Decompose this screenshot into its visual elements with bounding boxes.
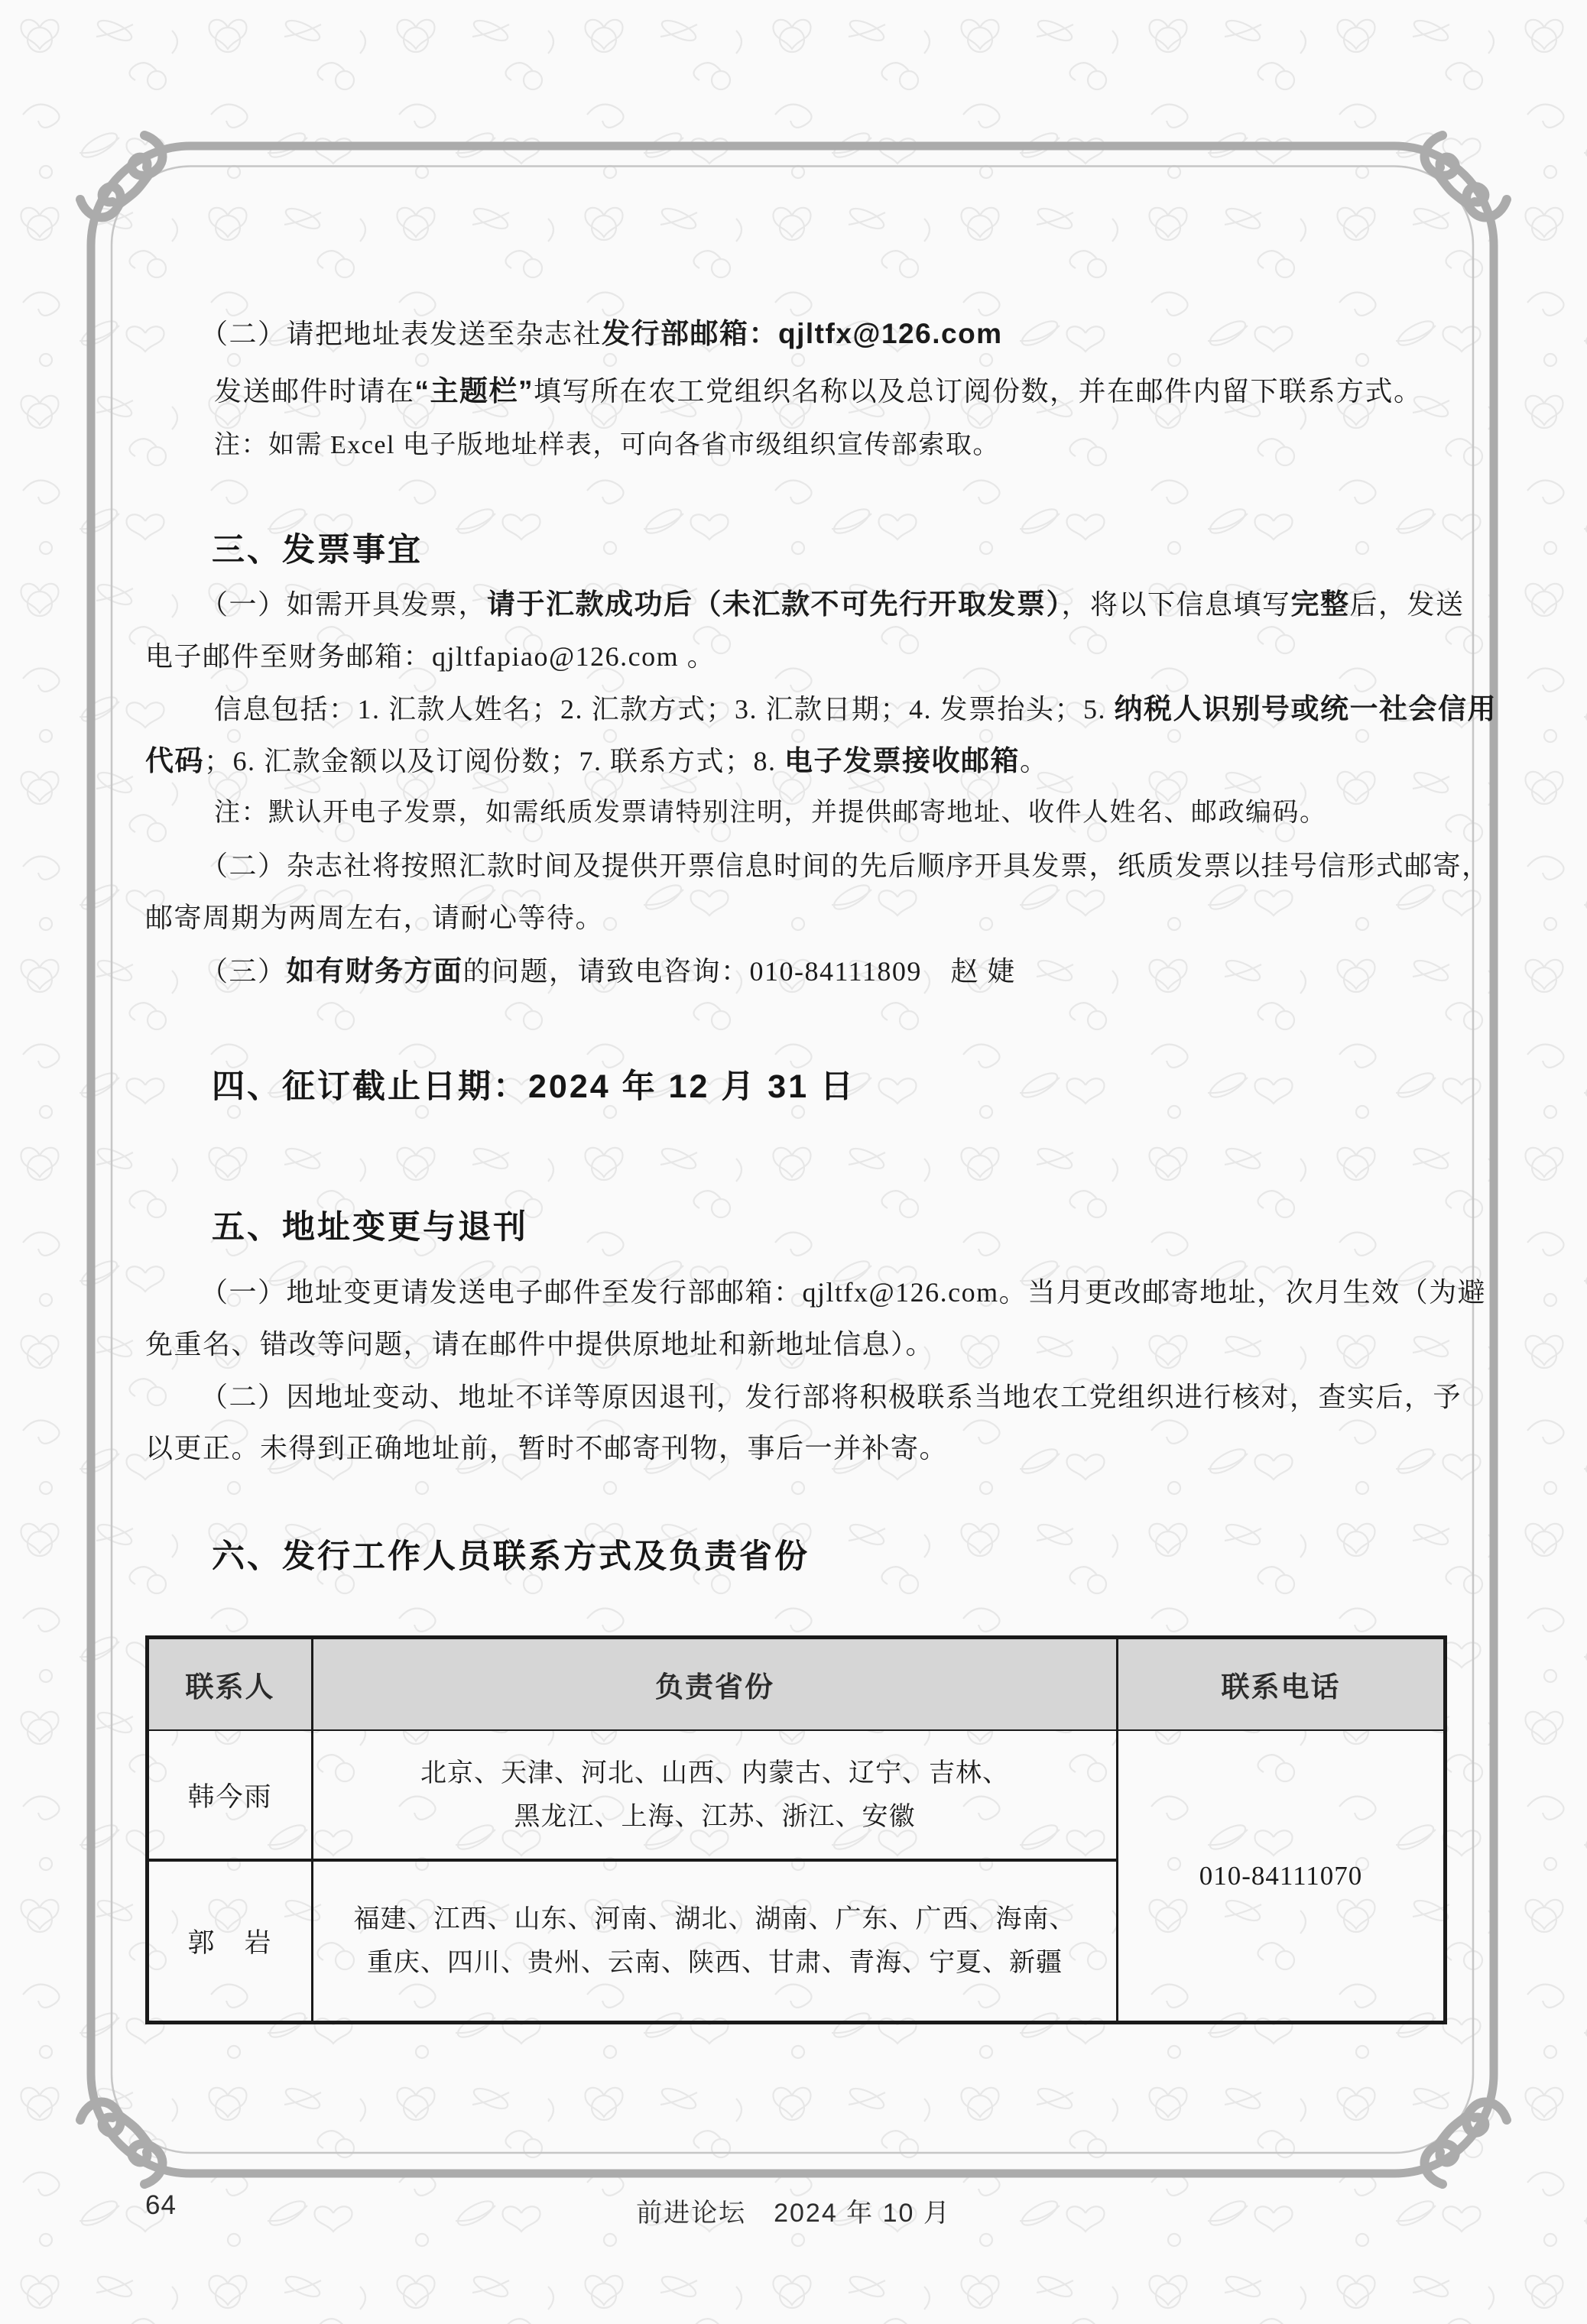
para-invoice-1b: 电子邮件至财务邮箱：qjltfapiao@126.com 。 xyxy=(145,637,1452,682)
provinces-cell-2: 福建、江西、山东、河南、湖北、湖南、广东、广西、海南、 重庆、四川、贵州、云南、… xyxy=(311,1862,1116,2021)
para-invoice-2b: 邮寄周期为两周左右，请耐心等待。 xyxy=(145,899,1452,943)
heading-deadline: 四、征订截止日期：2024 年 12 月 31 日 xyxy=(212,1067,855,1114)
journal-footer: 前进论坛 2024 年 10 月 xyxy=(0,2192,1587,2229)
page-body: （二）请把地址表发送至杂志社发行部邮箱：qjltfx@126.com 发送邮件时… xyxy=(0,0,1587,2324)
para-invoice-2a: （二）杂志社将按照汇款时间及提供开票信息时间的先后顺序开具发票，纸质发票以挂号信… xyxy=(145,847,1452,891)
note-excel: 注：如需 Excel 电子版地址样表，可向各省市级组织宣传部索取。 xyxy=(145,426,1452,469)
para-address-send: （二）请把地址表发送至杂志社发行部邮箱：qjltfx@126.com xyxy=(145,315,1452,359)
provinces-line: 重庆、四川、贵州、云南、陕西、甘肃、青海、宁夏、新疆 xyxy=(367,1941,1063,1985)
contact-name-1: 韩今雨 xyxy=(149,1731,311,1862)
magazine-page: （二）请把地址表发送至杂志社发行部邮箱：qjltfx@126.com 发送邮件时… xyxy=(0,0,1587,2324)
para-addr-1a: （一）地址变更请发送电子邮件至发行部邮箱：qjltfx@126.com。当月更改… xyxy=(145,1273,1452,1318)
heading-address-change: 五、地址变更与退刊 xyxy=(212,1207,528,1255)
para-info-b: 代码；6. 汇款金额以及订阅份数；7. 联系方式；8. 电子发票接收邮箱。 xyxy=(145,742,1452,786)
header-contact-phone: 联系电话 xyxy=(1116,1639,1443,1729)
heading-contacts: 六、发行工作人员联系方式及负责省份 xyxy=(212,1537,810,1584)
contacts-table: 联系人 负责省份 联系电话 韩今雨 北京、天津、河北、山西、内蒙古、辽宁、吉林、… xyxy=(145,1635,1447,2024)
para-invoice-1a: （一）如需开具发票，请于汇款成功后（未汇款不可先行开取发票），将以下信息填写完整… xyxy=(145,585,1452,630)
header-responsible-provinces: 负责省份 xyxy=(311,1639,1116,1729)
contact-phone-cell: 010-84111070 xyxy=(1116,1731,1443,2021)
note-einvoice: 注：默认开电子发票，如需纸质发票请特别注明，并提供邮寄地址、收件人姓名、邮政编码… xyxy=(145,794,1452,837)
para-addr-2b: 以更正。未得到正确地址前，暂时不邮寄刊物，事后一并补寄。 xyxy=(145,1429,1452,1473)
heading-invoice: 三、发票事宜 xyxy=(212,530,423,578)
provinces-line: 北京、天津、河北、山西、内蒙古、辽宁、吉林、 xyxy=(420,1752,1009,1795)
para-info-a: 信息包括：1. 汇款人姓名；2. 汇款方式；3. 汇款日期；4. 发票抬头；5.… xyxy=(145,690,1452,734)
header-contact-person: 联系人 xyxy=(149,1639,311,1729)
para-subject-bar: 发送邮件时请在“主题栏”填写所在农工党组织名称以及总订阅份数，并在邮件内留下联系… xyxy=(145,372,1452,417)
provinces-line: 福建、江西、山东、河南、湖北、湖南、广东、广西、海南、 xyxy=(354,1898,1076,1941)
provinces-cell-1: 北京、天津、河北、山西、内蒙古、辽宁、吉林、 黑龙江、上海、江苏、浙江、安徽 xyxy=(311,1731,1116,1862)
para-invoice-3: （三）如有财务方面的问题，请致电咨询：010-84111809 赵 婕 xyxy=(145,952,1452,997)
contacts-table-body: 韩今雨 北京、天津、河北、山西、内蒙古、辽宁、吉林、 黑龙江、上海、江苏、浙江、… xyxy=(149,1731,1443,2021)
para-addr-1b: 免重名、错改等问题，请在邮件中提供原地址和新地址信息）。 xyxy=(145,1325,1452,1369)
contacts-table-header-row: 联系人 负责省份 联系电话 xyxy=(149,1639,1443,1731)
para-addr-2a: （二）因地址变动、地址不详等原因退刊，发行部将积极联系当地农工党组织进行核对，查… xyxy=(145,1378,1452,1422)
contact-name-2: 郭 岩 xyxy=(149,1862,311,2021)
provinces-line: 黑龙江、上海、江苏、浙江、安徽 xyxy=(514,1795,916,1839)
